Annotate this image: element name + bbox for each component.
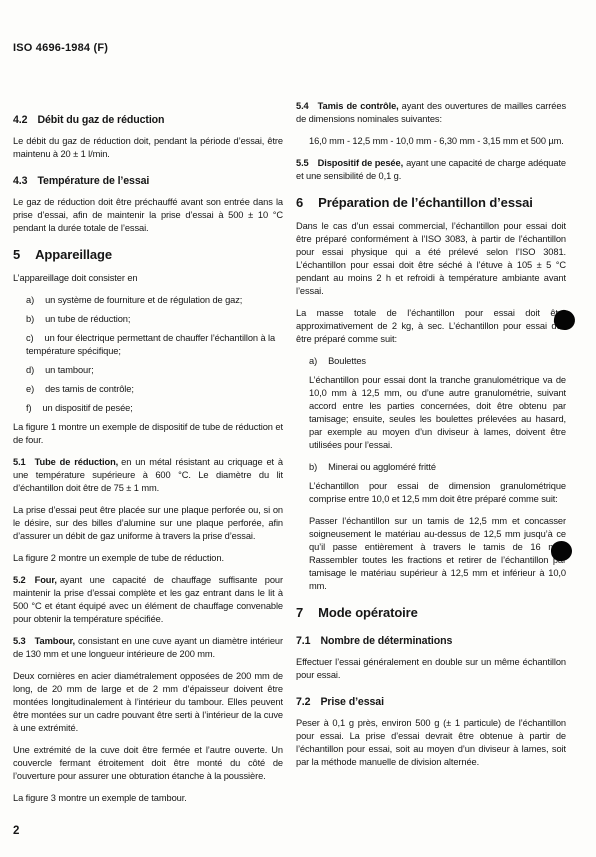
heading-title: Mode opératoire xyxy=(318,605,418,620)
heading-title: Température de l’essai xyxy=(37,175,149,187)
run-in-clause: 5.1Tube de réduction,en un métal résista… xyxy=(13,456,283,495)
paragraph: La figure 3 montre un exemple de tambour… xyxy=(13,792,283,805)
heading-number: 5 xyxy=(13,247,20,262)
paragraph: Deux cornières en acier diamétralement o… xyxy=(13,670,283,735)
two-column-body: 4.2Débit du gaz de réductionLe débit du … xyxy=(13,100,566,814)
paragraph: Le gaz de réduction doit être préchauffé… xyxy=(13,196,283,235)
heading-title: Appareillage xyxy=(35,247,112,262)
list-item: a)Boulettes xyxy=(309,355,566,368)
section-heading: 7Mode opératoire xyxy=(296,605,566,621)
list-item: e)des tamis de contrôle; xyxy=(26,383,283,396)
run-in-clause: 5.5Dispositif de pesée,ayant une capacit… xyxy=(296,157,566,183)
clause-number: 5.3 xyxy=(13,636,26,646)
clause-title: Tube de réduction, xyxy=(35,457,119,467)
list-marker: b) xyxy=(26,313,34,326)
list-item: c)un four électrique permettant de chauf… xyxy=(26,332,283,358)
list-item-text: un tambour; xyxy=(45,365,94,375)
subsection-heading: 4.2Débit du gaz de réduction xyxy=(13,114,283,127)
clause-number: 5.4 xyxy=(296,101,309,111)
list-item-text: des tamis de contrôle; xyxy=(45,384,134,394)
list-item-text: un dispositif de pesée; xyxy=(42,403,132,413)
list-item-text: Boulettes xyxy=(328,356,366,366)
list-marker: a) xyxy=(309,355,317,368)
paragraph: Peser à 0,1 g près, environ 500 g (± 1 p… xyxy=(296,717,566,769)
list-marker: b) xyxy=(309,461,317,474)
paragraph: Le débit du gaz de réduction doit, penda… xyxy=(13,135,283,161)
heading-number: 7.1 xyxy=(296,635,310,647)
page-number: 2 xyxy=(13,825,19,837)
list-item: f)un dispositif de pesée; xyxy=(26,402,283,415)
clause-title: Four, xyxy=(35,575,57,585)
list-marker: c) xyxy=(26,332,34,345)
paragraph: L’échantillon pour essai de dimension gr… xyxy=(309,480,566,506)
list-item-text: un four électrique permettant de chauffe… xyxy=(26,333,275,356)
clause-title: Tambour, xyxy=(35,636,75,646)
right-column: 5.4Tamis de contrôle,ayant des ouverture… xyxy=(296,100,566,814)
list-item: b)un tube de réduction; xyxy=(26,313,283,326)
list-marker: e) xyxy=(26,383,34,396)
subsection-heading: 7.2Prise d’essai xyxy=(296,696,566,709)
clause-number: 5.5 xyxy=(296,158,309,168)
paragraph: L’appareillage doit consister en xyxy=(13,272,283,285)
ink-mark xyxy=(550,540,573,562)
section-heading: 6Préparation de l’échantillon d’essai xyxy=(296,195,566,211)
heading-number: 4.3 xyxy=(13,175,27,187)
paragraph: La figure 1 montre un exemple de disposi… xyxy=(13,421,283,447)
clause-number: 5.2 xyxy=(13,575,26,585)
list-item-text: un système de fourniture et de régulatio… xyxy=(45,295,242,305)
list-marker: a) xyxy=(26,294,34,307)
run-in-clause: 5.4Tamis de contrôle,ayant des ouverture… xyxy=(296,100,566,126)
heading-title: Préparation de l’échantillon d’essai xyxy=(318,195,533,210)
left-column: 4.2Débit du gaz de réductionLe débit du … xyxy=(13,100,283,814)
paragraph: Dans le cas d’un essai commercial, l’éch… xyxy=(296,220,566,298)
clause-title: Dispositif de pesée, xyxy=(318,158,403,168)
heading-title: Nombre de déterminations xyxy=(320,635,452,647)
paragraph: 16,0 mm - 12,5 mm - 10,0 mm - 6,30 mm - … xyxy=(309,135,566,148)
list-item-text: un tube de réduction; xyxy=(45,314,130,324)
section-heading: 5Appareillage xyxy=(13,247,283,263)
list-item: a)un système de fourniture et de régulat… xyxy=(26,294,283,307)
list-item: d)un tambour; xyxy=(26,364,283,377)
heading-number: 7 xyxy=(296,605,303,620)
heading-title: Prise d’essai xyxy=(320,696,383,708)
clause-number: 5.1 xyxy=(13,457,26,467)
subsection-heading: 7.1Nombre de déterminations xyxy=(296,635,566,648)
paragraph: La masse totale de l’échantillon pour es… xyxy=(296,307,566,346)
heading-number: 6 xyxy=(296,195,303,210)
clause-title: Tamis de contrôle, xyxy=(318,101,399,111)
paragraph: La prise d’essai peut être placée sur un… xyxy=(13,504,283,543)
paragraph: Passer l’échantillon sur un tamis de 12,… xyxy=(309,515,566,593)
run-in-clause: 5.2Four,ayant une capacité de chauffage … xyxy=(13,574,283,626)
document-page: ISO 4696-1984 (F) 4.2Débit du gaz de réd… xyxy=(0,0,596,857)
paragraph: L’échantillon pour essai dont la tranche… xyxy=(309,374,566,452)
heading-number: 7.2 xyxy=(296,696,310,708)
heading-number: 4.2 xyxy=(13,114,27,126)
paragraph: La figure 2 montre un exemple de tube de… xyxy=(13,552,283,565)
list-item-text: Minerai ou aggloméré fritté xyxy=(328,462,436,472)
subsection-heading: 4.3Température de l’essai xyxy=(13,175,283,188)
page-header: ISO 4696-1984 (F) xyxy=(13,42,108,54)
heading-title: Débit du gaz de réduction xyxy=(37,114,164,126)
paragraph: Une extrémité de la cuve doit être fermé… xyxy=(13,744,283,783)
paragraph: Effectuer l’essai généralement en double… xyxy=(296,656,566,682)
run-in-clause: 5.3Tambour,consistant en une cuve ayant … xyxy=(13,635,283,661)
list-marker: d) xyxy=(26,364,34,377)
list-marker: f) xyxy=(26,402,31,415)
list-item: b)Minerai ou aggloméré fritté xyxy=(309,461,566,474)
